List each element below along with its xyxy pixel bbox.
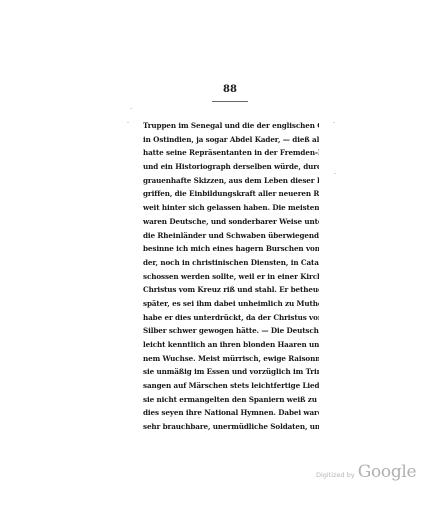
text-line: waren Deutsche, und sonderbarer Weise un… bbox=[143, 215, 319, 229]
text-line: sie nicht ermangelten den Spaniern weiß … bbox=[143, 393, 319, 407]
google-watermark: Digitized by Google bbox=[316, 462, 416, 482]
text-line: griffen, die Einbildungskraft aller neue… bbox=[143, 187, 319, 201]
text-line: sie unmäßig im Essen und vorzüglich im T… bbox=[143, 365, 319, 379]
text-line: weit hinter sich gelassen haben. Die mei… bbox=[143, 201, 319, 215]
scan-speck bbox=[334, 173, 336, 174]
book-page: 88 Truppen im Senegal und die der englis… bbox=[0, 0, 448, 512]
text-line: sangen auf Märschen stets leichtfertige … bbox=[143, 379, 319, 393]
body-text: Truppen im Senegal und die der englische… bbox=[143, 119, 319, 434]
text-line: schossen werden sollte, weil er in einer… bbox=[143, 270, 319, 284]
text-line: in Ostindien, ja sogar Abdel Kader, — di… bbox=[143, 133, 319, 147]
scan-speck bbox=[333, 122, 335, 123]
watermark-prefix: Digitized by bbox=[316, 471, 355, 479]
google-logo: Google bbox=[358, 462, 417, 482]
text-line: nem Wuchse. Meist mürrisch, ewige Raison… bbox=[143, 352, 319, 366]
text-line: besinne ich mich eines hagern Burschen v… bbox=[143, 242, 319, 256]
text-line: und ein Historiograph derselben würde, d… bbox=[143, 160, 319, 174]
text-line: später, es sei ihm dabei unheimlich zu M… bbox=[143, 297, 319, 311]
scan-speck bbox=[127, 122, 129, 123]
text-line: hatte seine Repräsentanten in der Fremde… bbox=[143, 146, 319, 160]
scan-speck bbox=[130, 108, 132, 109]
text-line: Silber schwer gewogen hätte. — Die Deuts… bbox=[143, 324, 319, 338]
text-line: Truppen im Senegal und die der englische… bbox=[143, 119, 319, 133]
page-number: 88 bbox=[210, 84, 250, 95]
text-line: grauenhafte Skizzen, aus dem Leben diese… bbox=[143, 174, 319, 188]
scan-speck bbox=[198, 417, 200, 418]
text-line: dies seyen ihre National Hymnen. Dabei w… bbox=[143, 406, 319, 420]
text-line: der, noch in christinischen Diensten, in… bbox=[143, 256, 319, 270]
text-line: habe er dies unterdrückt, da der Christu… bbox=[143, 311, 319, 325]
text-line: leicht kenntlich an ihren blonden Haaren… bbox=[143, 338, 319, 352]
text-line: sehr brauchbare, unermüdliche Soldaten, … bbox=[143, 420, 319, 434]
text-line: Christus vom Kreuz riß und stahl. Er bet… bbox=[143, 283, 319, 297]
header-rule bbox=[212, 101, 248, 102]
text-line: die Rheinländer und Schwaben überwiegend… bbox=[143, 229, 319, 243]
